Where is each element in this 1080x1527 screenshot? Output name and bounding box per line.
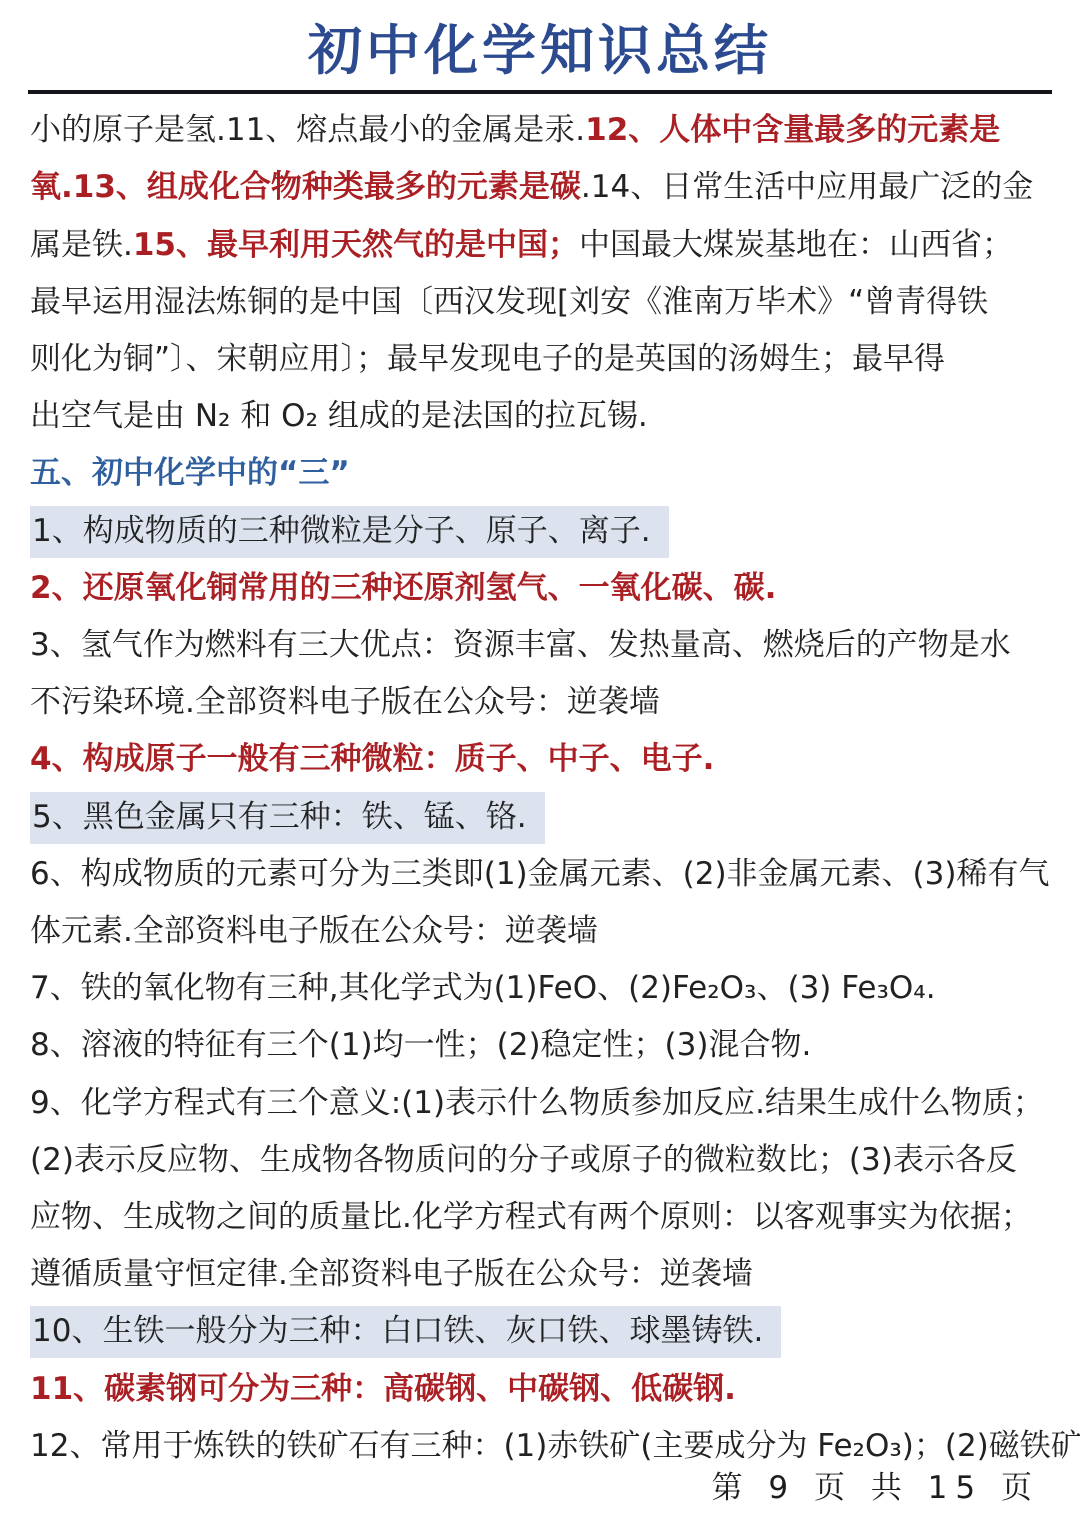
text-line: 小的原子是氢.11、熔点最小的金属是汞.12、人体中含量最多的元素是: [30, 102, 1050, 159]
highlighted-text: 10、生铁一般分为三种：白口铁、灰口铁、球墨铸铁.: [30, 1306, 781, 1358]
text-segment: 应物、生成物之间的质量比.化学方程式有两个原则：以客观事实为依据；: [30, 1199, 1032, 1235]
text-segment: 3、氢气作为燃料有三大优点：资源丰富、发热量高、燃烧后的产物是水: [30, 627, 1011, 663]
text-segment: 7、铁的氧化物有三种,其化学式为(1)FeO、(2)Fe₂O₃、(3) Fe₃O…: [30, 970, 936, 1006]
text-line: 遵循质量守恒定律.全部资料电子版在公众号：逆袭墙: [30, 1246, 1050, 1303]
text-line: (2)表示反应物、生成物各物质问的分子或原子的微粒数比；(3)表示各反: [30, 1132, 1050, 1189]
text-run: 12、常用于炼铁的铁矿石有三种：(1)赤铁矿(主要成分为 Fe₂O₃)；(2)磁…: [30, 1428, 1080, 1464]
text-line: 体元素.全部资料电子版在公众号：逆袭墙: [30, 903, 1050, 960]
text-run: 应物、生成物之间的质量比.化学方程式有两个原则：以客观事实为依据；: [30, 1199, 1032, 1235]
text-segment: 中国最大煤炭基地在：山西省；: [579, 227, 1013, 263]
text-run: 体元素.全部资料电子版在公众号：逆袭墙: [30, 913, 598, 949]
text-line: 3、氢气作为燃料有三大优点：资源丰富、发热量高、燃烧后的产物是水: [30, 617, 1050, 674]
text-run: 3、氢气作为燃料有三大优点：资源丰富、发热量高、燃烧后的产物是水: [30, 627, 1011, 663]
text-line: 应物、生成物之间的质量比.化学方程式有两个原则：以客观事实为依据；: [30, 1189, 1050, 1246]
text-segment: 9、化学方程式有三个意义:(1)表示什么物质参加反应.结果生成什么物质；: [30, 1085, 1044, 1121]
text-run: 小的原子是氢.11、熔点最小的金属是汞.12、人体中含量最多的元素是: [30, 112, 1000, 148]
text-line: 10、生铁一般分为三种：白口铁、灰口铁、球墨铸铁.: [30, 1303, 1050, 1360]
text-segment: 出空气是由 N₂ 和 O₂ 组成的是法国的拉瓦锡.: [30, 398, 648, 434]
text-line: 11、碳素钢可分为三种：高碳钢、中碳钢、低碳钢.: [30, 1361, 1050, 1418]
text-segment: 6、构成物质的元素可分为三类即(1)金属元素、(2)非金属元素、(3)稀有气: [30, 856, 1049, 892]
text-segment: (2)表示反应物、生成物各物质问的分子或原子的微粒数比；(3)表示各反: [30, 1142, 1017, 1178]
text-run: 8、溶液的特征有三个(1)均一性；(2)稳定性；(3)混合物.: [30, 1027, 811, 1063]
text-segment: 10、生铁一般分为三种：白口铁、灰口铁、球墨铸铁.: [32, 1313, 763, 1349]
text-segment: 最早运用湿法炼铜的是中国〔西汉发现[刘安《淮南万毕术》“曾青得铁: [30, 284, 988, 320]
text-segment: 不污染环境.全部资料电子版在公众号：逆袭墙: [30, 684, 660, 720]
text-line: 氧.13、组成化合物种类最多的元素是碳.14、日常生活中应用最广泛的金: [30, 159, 1050, 216]
text-run: 2、还原氧化铜常用的三种还原剂氢气、一氧化碳、碳.: [30, 570, 776, 606]
text-line: 属是铁.15、最早利用天然气的是中国；中国最大煤炭基地在：山西省；: [30, 217, 1050, 274]
highlighted-text: 5、黑色金属只有三种：铁、锰、铬.: [30, 792, 545, 844]
text-line: 则化为铜”〕、宋朝应用〕；最早发现电子的是英国的汤姆生；最早得: [30, 331, 1050, 388]
text-segment: 12、人体中含量最多的元素是: [585, 112, 1000, 148]
text-line: 1、构成物质的三种微粒是分子、原子、离子.: [30, 503, 1050, 560]
text-run: 氧.13、组成化合物种类最多的元素是碳.14、日常生活中应用最广泛的金: [30, 169, 1033, 205]
text-run: 9、化学方程式有三个意义:(1)表示什么物质参加反应.结果生成什么物质；: [30, 1085, 1044, 1121]
text-line: 2、还原氧化铜常用的三种还原剂氢气、一氧化碳、碳.: [30, 560, 1050, 617]
text-segment: 4、构成原子一般有三种微粒：质子、中子、电子.: [30, 741, 714, 777]
text-segment: 氧.13、组成化合物种类最多的元素是碳: [30, 169, 581, 205]
text-run: 出空气是由 N₂ 和 O₂ 组成的是法国的拉瓦锡.: [30, 398, 648, 434]
document-page: 初中化学知识总结 小的原子是氢.11、熔点最小的金属是汞.12、人体中含量最多的…: [0, 0, 1080, 1527]
text-line: 5、黑色金属只有三种：铁、锰、铬.: [30, 789, 1050, 846]
text-segment: .14、日常生活中应用最广泛的金: [581, 169, 1033, 205]
text-run: 最早运用湿法炼铜的是中国〔西汉发现[刘安《淮南万毕术》“曾青得铁: [30, 284, 988, 320]
text-segment: 15、最早利用天然气的是中国；: [133, 227, 579, 263]
highlighted-text: 1、构成物质的三种微粒是分子、原子、离子.: [30, 506, 669, 558]
text-run: 11、碳素钢可分为三种：高碳钢、中碳钢、低碳钢.: [30, 1371, 736, 1407]
text-run: 不污染环境.全部资料电子版在公众号：逆袭墙: [30, 684, 660, 720]
text-segment: 12、常用于炼铁的铁矿石有三种：(1)赤铁矿(主要成分为 Fe₂O₃)；(2)磁…: [30, 1428, 1080, 1464]
text-line: 8、溶液的特征有三个(1)均一性；(2)稳定性；(3)混合物.: [30, 1017, 1050, 1074]
text-run: 4、构成原子一般有三种微粒：质子、中子、电子.: [30, 741, 714, 777]
text-segment: 5、黑色金属只有三种：铁、锰、铬.: [32, 799, 527, 835]
page-number: 第 9 页 共 15 页: [712, 1462, 1040, 1507]
text-line: 7、铁的氧化物有三种,其化学式为(1)FeO、(2)Fe₂O₃、(3) Fe₃O…: [30, 960, 1050, 1017]
text-segment: 11、碳素钢可分为三种：高碳钢、中碳钢、低碳钢.: [30, 1371, 736, 1407]
text-run: 6、构成物质的元素可分为三类即(1)金属元素、(2)非金属元素、(3)稀有气: [30, 856, 1049, 892]
text-run: 7、铁的氧化物有三种,其化学式为(1)FeO、(2)Fe₂O₃、(3) Fe₃O…: [30, 970, 936, 1006]
text-segment: 1、构成物质的三种微粒是分子、原子、离子.: [32, 513, 651, 549]
text-run: 遵循质量守恒定律.全部资料电子版在公众号：逆袭墙: [30, 1256, 753, 1292]
text-segment: 则化为铜”〕、宋朝应用〕；最早发现电子的是英国的汤姆生；最早得: [30, 341, 945, 377]
document-body: 小的原子是氢.11、熔点最小的金属是汞.12、人体中含量最多的元素是氧.13、组…: [0, 94, 1080, 1475]
text-run: 五、初中化学中的“三”: [30, 455, 350, 491]
text-line: 五、初中化学中的“三”: [30, 445, 1050, 502]
text-segment: 遵循质量守恒定律.全部资料电子版在公众号：逆袭墙: [30, 1256, 753, 1292]
text-run: 属是铁.15、最早利用天然气的是中国；中国最大煤炭基地在：山西省；: [30, 227, 1013, 263]
text-run: (2)表示反应物、生成物各物质问的分子或原子的微粒数比；(3)表示各反: [30, 1142, 1017, 1178]
text-line: 6、构成物质的元素可分为三类即(1)金属元素、(2)非金属元素、(3)稀有气: [30, 846, 1050, 903]
page-title: 初中化学知识总结: [0, 16, 1080, 86]
text-segment: 五、初中化学中的“三”: [30, 455, 350, 491]
text-segment: 2、还原氧化铜常用的三种还原剂氢气、一氧化碳、碳.: [30, 570, 776, 606]
text-line: 最早运用湿法炼铜的是中国〔西汉发现[刘安《淮南万毕术》“曾青得铁: [30, 274, 1050, 331]
text-line: 不污染环境.全部资料电子版在公众号：逆袭墙: [30, 674, 1050, 731]
text-run: 则化为铜”〕、宋朝应用〕；最早发现电子的是英国的汤姆生；最早得: [30, 341, 945, 377]
text-line: 4、构成原子一般有三种微粒：质子、中子、电子.: [30, 731, 1050, 788]
text-line: 9、化学方程式有三个意义:(1)表示什么物质参加反应.结果生成什么物质；: [30, 1075, 1050, 1132]
text-segment: 8、溶液的特征有三个(1)均一性；(2)稳定性；(3)混合物.: [30, 1027, 811, 1063]
text-segment: 属是铁.: [30, 227, 133, 263]
text-segment: 小的原子是氢.11、熔点最小的金属是汞.: [30, 112, 585, 148]
text-segment: 体元素.全部资料电子版在公众号：逆袭墙: [30, 913, 598, 949]
text-line: 出空气是由 N₂ 和 O₂ 组成的是法国的拉瓦锡.: [30, 388, 1050, 445]
